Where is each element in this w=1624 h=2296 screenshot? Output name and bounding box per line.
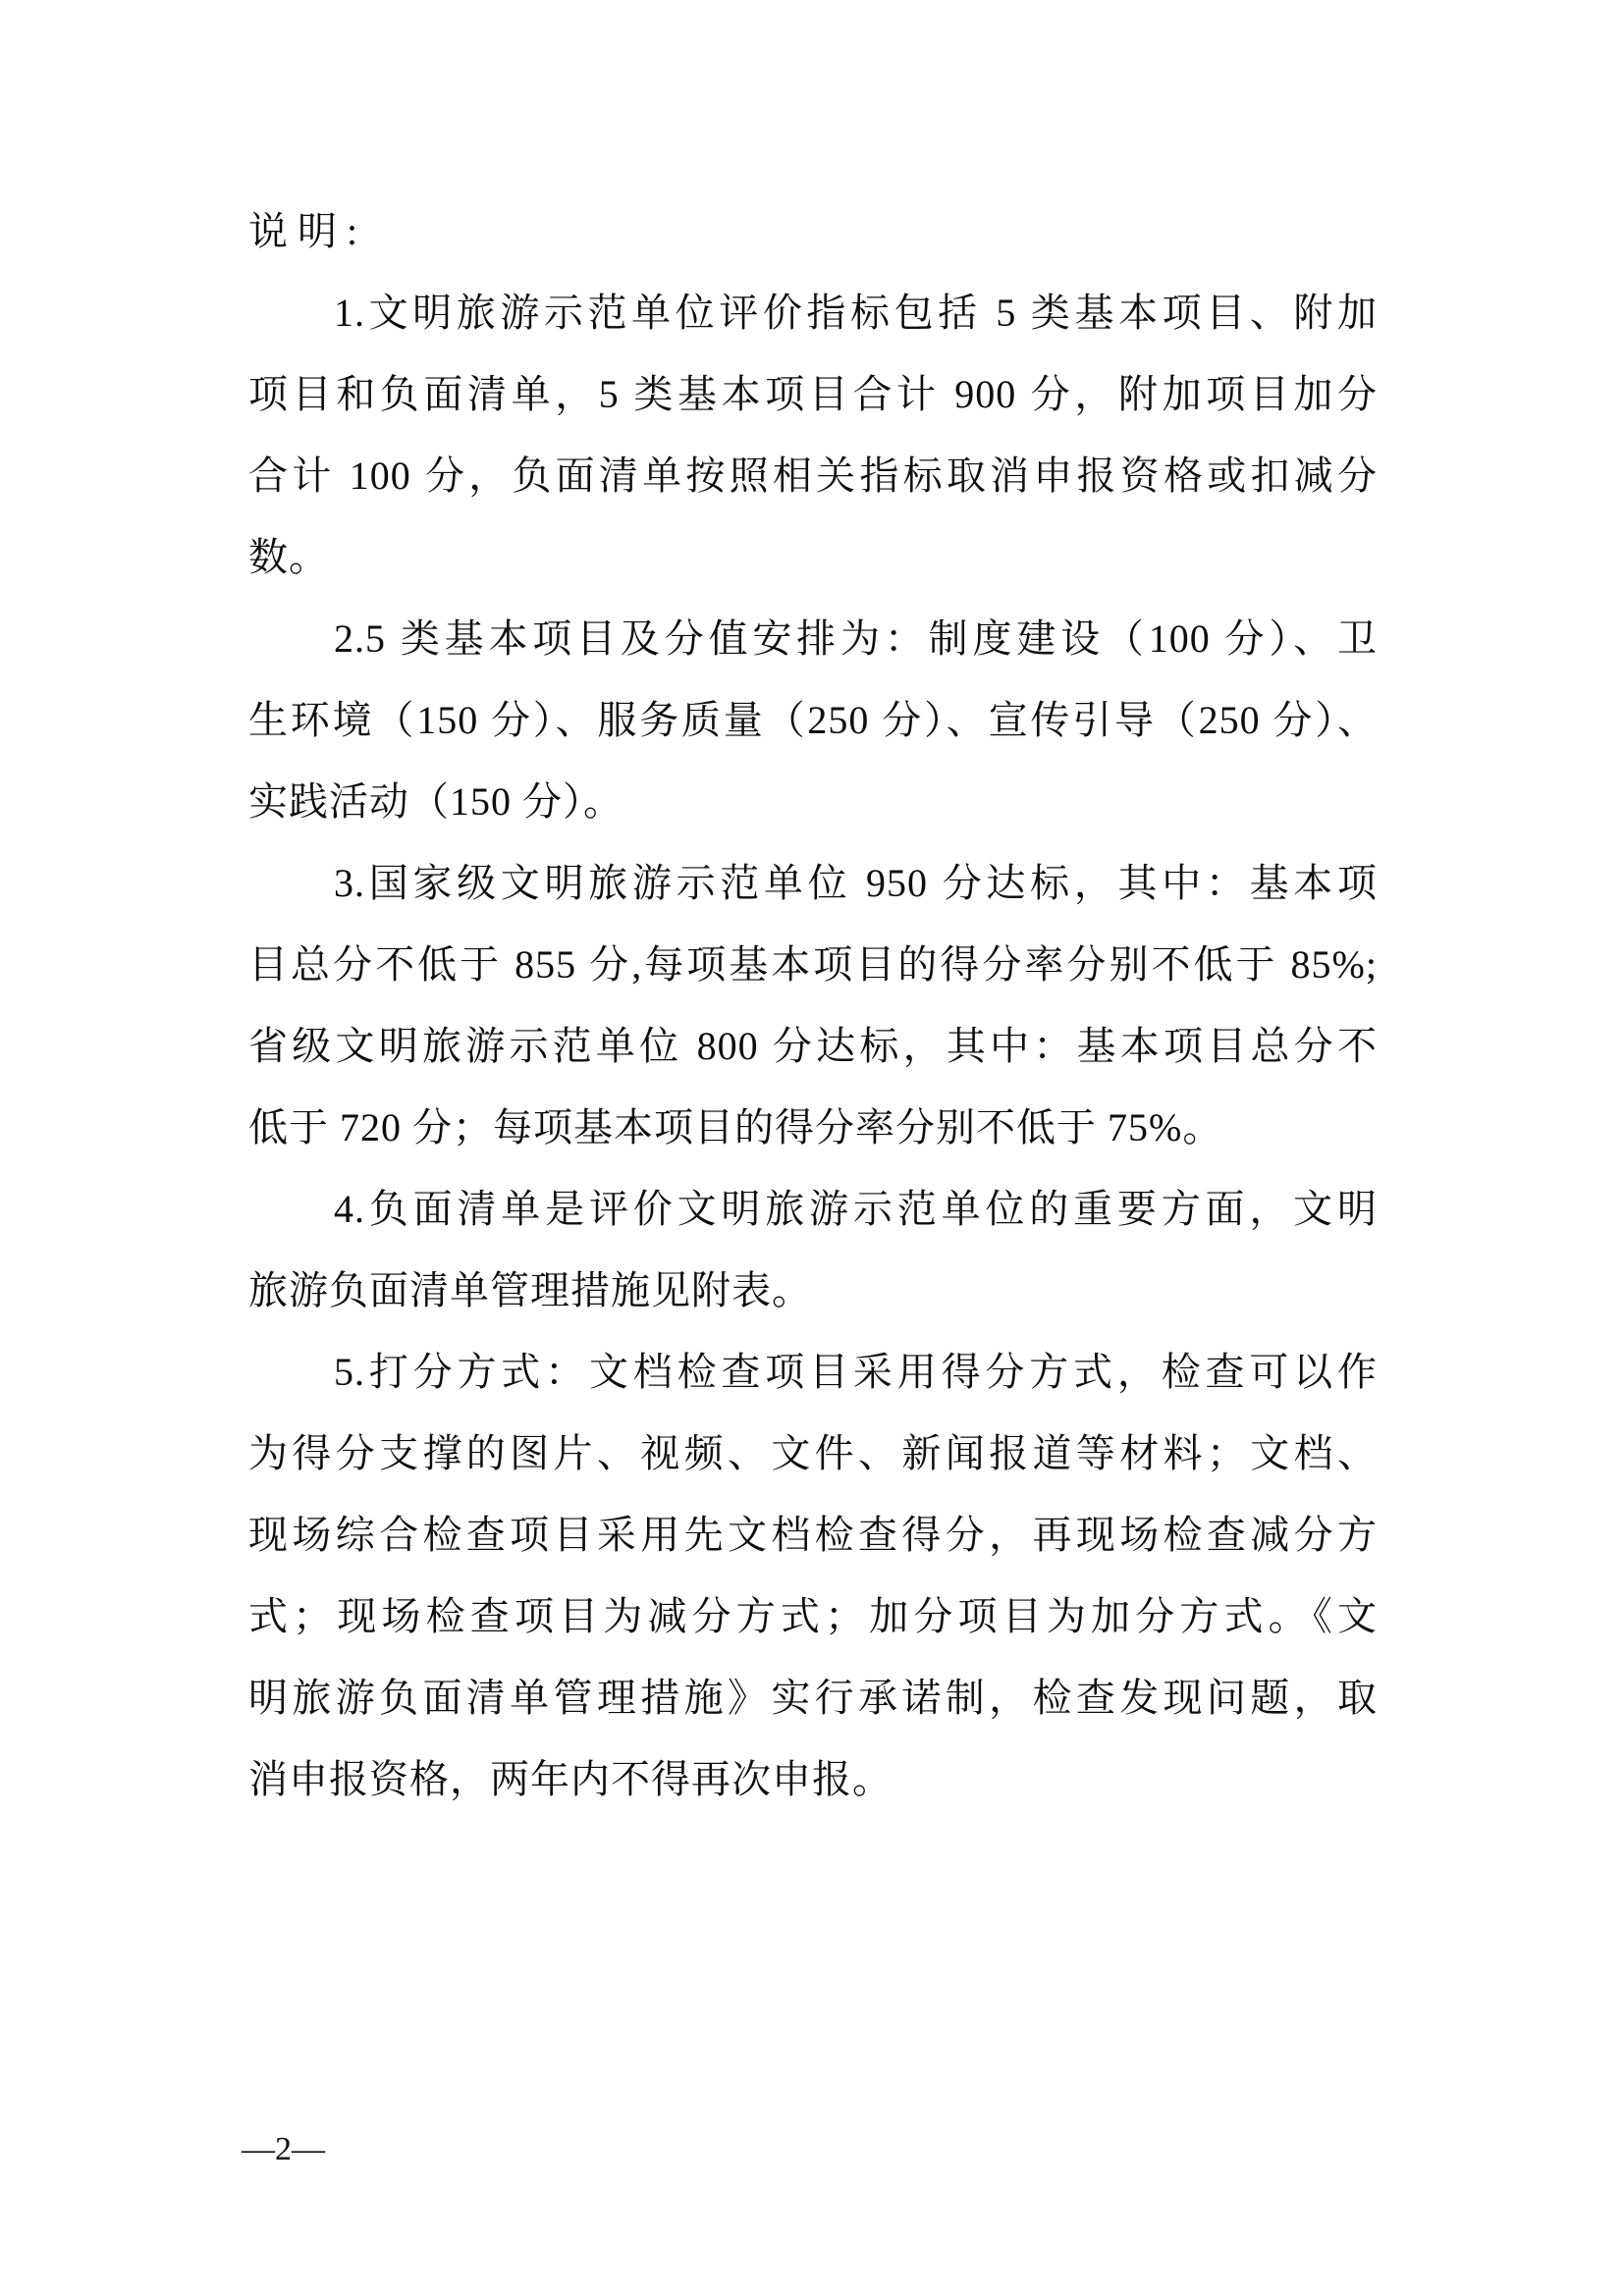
text-line: 实践活动（150 分）。 [248,761,1378,842]
text-line: 1.文明旅游示范单位评价指标包括 5 类基本项目、附加 [248,272,1378,353]
text-line: 数。 [248,516,1378,598]
text-line: 目总分不低于 855 分,每项基本项目的得分率分别不低于 85%; [248,924,1378,1005]
paragraph-1: 1.文明旅游示范单位评价指标包括 5 类基本项目、附加 项目和负面清单，5 类基… [248,272,1378,598]
paragraph-3: 3.国家级文明旅游示范单位 950 分达标，其中：基本项 目总分不低于 855 … [248,842,1378,1168]
text-line: 旅游负面清单管理措施见附表。 [248,1250,1378,1331]
text-line: 明旅游负面清单管理措施》实行承诺制，检查发现问题，取 [248,1657,1378,1738]
scanned-document-page: { "document": { "heading": "说明:", "parag… [0,0,1624,2296]
page-number: —2— [242,2128,325,2171]
text-line: 式；现场检查项目为减分方式；加分项目为加分方式。《文 [248,1575,1378,1657]
paragraph-4: 4.负面清单是评价文明旅游示范单位的重要方面，文明 旅游负面清单管理措施见附表。 [248,1168,1378,1331]
paragraph-2: 2.5 类基本项目及分值安排为：制度建设（100 分）、卫 生环境（150 分）… [248,598,1378,842]
text-line: 3.国家级文明旅游示范单位 950 分达标，其中：基本项 [248,842,1378,924]
text-line: 省级文明旅游示范单位 800 分达标，其中：基本项目总分不 [248,1005,1378,1087]
text-line: 4.负面清单是评价文明旅游示范单位的重要方面，文明 [248,1168,1378,1250]
text-line: 生环境（150 分）、服务质量（250 分）、宣传引导（250 分）、 [248,679,1378,761]
document-body: 说明: 1.文明旅游示范单位评价指标包括 5 类基本项目、附加 项目和负面清单，… [248,190,1378,1820]
text-line: 低于 720 分；每项基本项目的得分率分别不低于 75%。 [248,1087,1378,1168]
section-heading: 说明: [248,190,1378,272]
text-line: 消申报资格，两年内不得再次申报。 [248,1738,1378,1820]
text-line: 2.5 类基本项目及分值安排为：制度建设（100 分）、卫 [248,598,1378,679]
text-line: 项目和负面清单，5 类基本项目合计 900 分，附加项目加分 [248,353,1378,435]
text-line: 合计 100 分，负面清单按照相关指标取消申报资格或扣减分 [248,435,1378,516]
text-line: 现场综合检查项目采用先文档检查得分，再现场检查减分方 [248,1494,1378,1575]
page-background: 说明: 1.文明旅游示范单位评价指标包括 5 类基本项目、附加 项目和负面清单，… [0,0,1624,2296]
text-line: 5.打分方式：文档检查项目采用得分方式，检查可以作 [248,1331,1378,1413]
text-line: 为得分支撑的图片、视频、文件、新闻报道等材料；文档、 [248,1413,1378,1494]
paragraph-5: 5.打分方式：文档检查项目采用得分方式，检查可以作 为得分支撑的图片、视频、文件… [248,1331,1378,1820]
